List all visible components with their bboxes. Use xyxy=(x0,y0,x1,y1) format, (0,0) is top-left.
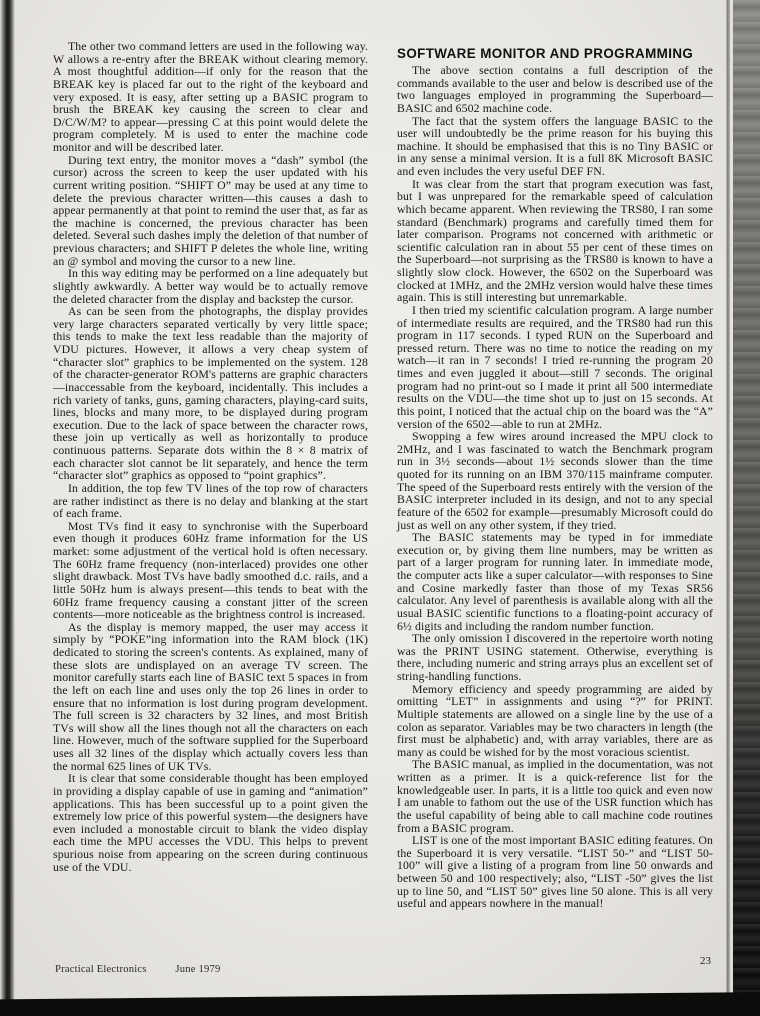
scan-left-spine-shadow xyxy=(0,0,15,1016)
article-paragraph: In this way editing may be performed on … xyxy=(53,267,368,305)
issue-date: June 1979 xyxy=(175,964,220,975)
article-paragraph: It was clear from the start that program… xyxy=(397,178,713,304)
article-paragraph: The other two command letters are used i… xyxy=(53,40,368,154)
article-paragraph: Swopping a few wires around increased th… xyxy=(397,430,713,531)
section-heading: SOFTWARE MONITOR AND PROGRAMMING xyxy=(397,40,713,61)
page-edge-line xyxy=(726,0,730,1016)
page-footer: Practical Electronics June 1979 xyxy=(55,964,220,975)
article-paragraph: Memory efficiency and speedy programming… xyxy=(397,683,713,759)
right-column-paragraphs: The above section contains a full descri… xyxy=(397,64,713,910)
article-paragraph: The above section contains a full descri… xyxy=(397,64,713,115)
article-paragraph: Most TVs find it easy to synchronise wit… xyxy=(53,520,368,621)
article-paragraph: The BASIC statements may be typed in for… xyxy=(397,531,713,632)
article-paragraph: The only omission I discovered in the re… xyxy=(397,632,713,683)
article-paragraph: It is clear that some considerable thoug… xyxy=(53,772,368,873)
article-left-column: The other two command letters are used i… xyxy=(53,40,368,873)
article-paragraph: The BASIC manual, as implied in the docu… xyxy=(397,758,713,834)
page-number: 23 xyxy=(700,955,711,967)
article-paragraph: In addition, the top few TV lines of the… xyxy=(53,482,368,520)
scan-bottom-black-strip xyxy=(0,990,760,1016)
article-paragraph: The fact that the system offers the lang… xyxy=(397,115,713,178)
article-right-column: SOFTWARE MONITOR AND PROGRAMMING The abo… xyxy=(397,40,713,910)
article-paragraph: During text entry, the monitor moves a “… xyxy=(53,154,368,268)
article-paragraph: LIST is one of the most important BASIC … xyxy=(397,834,713,910)
article-paragraph: As can be seen from the photographs, the… xyxy=(53,305,368,482)
magazine-title: Practical Electronics xyxy=(55,964,147,975)
scan-right-dark-band xyxy=(733,0,760,1016)
article-paragraph: As the display is memory mapped, the use… xyxy=(53,621,368,773)
article-paragraph: I then tried my scientific calculation p… xyxy=(397,304,713,430)
